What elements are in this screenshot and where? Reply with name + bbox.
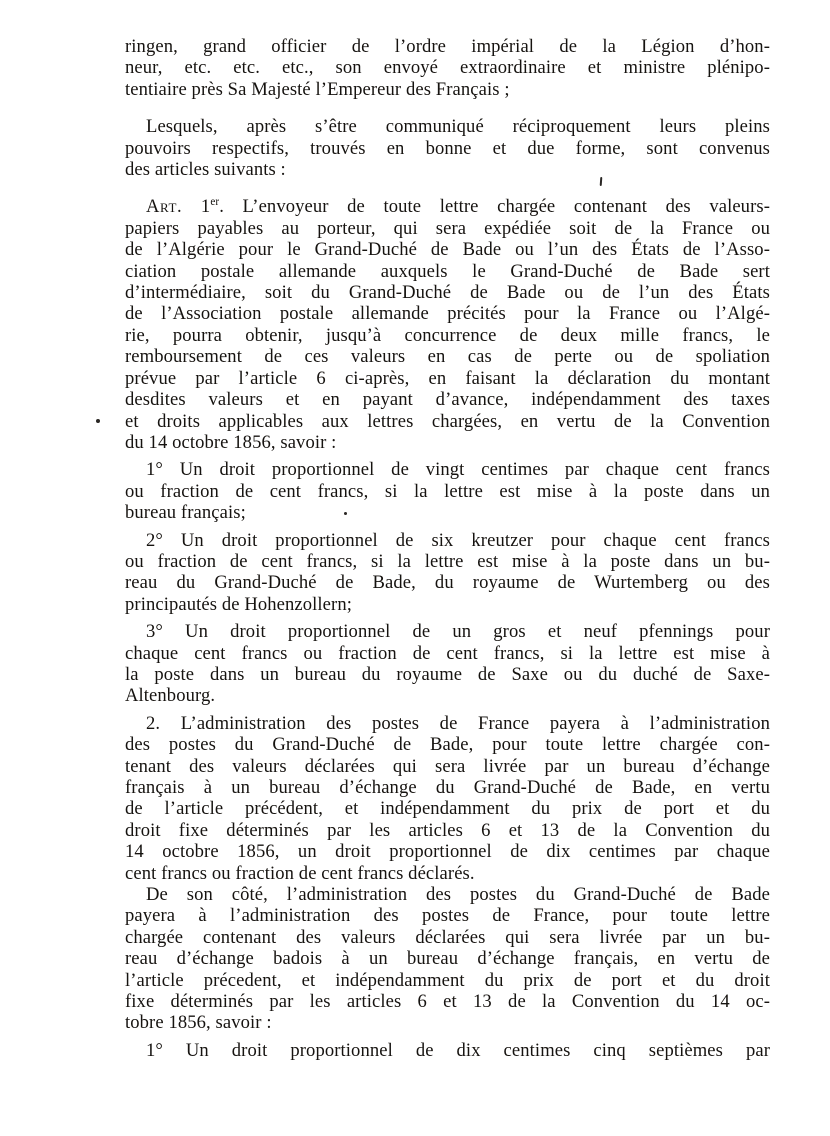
- text-line: remboursement de ces valeurs en cas de p…: [125, 346, 770, 367]
- text-line: d’intermédiaire, soit du Grand-Duché de …: [125, 282, 770, 303]
- text-line: et droits applicables aux lettres chargé…: [125, 411, 770, 432]
- text-line: chaque cent francs ou fraction de cent f…: [125, 643, 770, 664]
- paragraph-article-1-clause-2: 2° Un droit proportionnel de six kreutze…: [125, 530, 770, 616]
- text-line: 1° Un droit proportionnel de vingt centi…: [125, 459, 770, 480]
- scan-artifact-dot-middle: [344, 512, 347, 515]
- text-line: bureau français;: [125, 502, 770, 523]
- text-line: des postes du Grand-Duché de Bade, pour …: [125, 734, 770, 755]
- text-line: ou fraction de cent francs, si la lettre…: [125, 551, 770, 572]
- text-line: 3° Un droit proportionnel de un gros et …: [125, 621, 770, 642]
- text-line: des articles suivants :: [125, 159, 770, 180]
- text-line: ringen, grand officier de l’ordre impéri…: [125, 36, 770, 57]
- text-line: Lesquels, après s’être communiqué récipr…: [125, 116, 770, 137]
- text-line: l’article précedent, et indépendamment d…: [125, 970, 770, 991]
- text-line: tenant des valeurs déclarées qui sera li…: [125, 756, 770, 777]
- text-line: ou fraction de cent francs, si la lettre…: [125, 481, 770, 502]
- paragraph-article-1-clause-1: 1° Un droit proportionnel de vingt centi…: [125, 459, 770, 523]
- paragraph-article-1: Art. 1er. L’envoyeur de toute lettre cha…: [125, 196, 770, 453]
- text-line: De son côté, l’administration des postes…: [125, 884, 770, 905]
- scan-artifact-dot-left-margin: [96, 419, 100, 423]
- text-line: fixe déterminés par les articles 6 et 13…: [125, 991, 770, 1012]
- text-segment: . L’envoyeur de toute lettre chargée con…: [219, 196, 770, 217]
- text-line: desdites valeurs et en payant d’avance, …: [125, 389, 770, 410]
- paragraph-preamble: Lesquels, après s’être communiqué récipr…: [125, 116, 770, 180]
- text-line: 2. L’administration des postes de France…: [125, 713, 770, 734]
- text-segment: er: [210, 196, 219, 208]
- text-line: reau du Grand-Duché de Bade, du royaume …: [125, 572, 770, 593]
- text-line: Art. 1er. L’envoyeur de toute lettre cha…: [125, 196, 770, 217]
- text-line: neur, etc. etc. etc., son envoyé extraor…: [125, 57, 770, 78]
- text-line: pouvoirs respectifs, trouvés en bonne et…: [125, 138, 770, 159]
- paragraph-article-2-reciprocal: De son côté, l’administration des postes…: [125, 884, 770, 1034]
- paragraph-article-2: 2. L’administration des postes de France…: [125, 713, 770, 884]
- text-line: reau d’échange badois à un bureau d’écha…: [125, 948, 770, 969]
- paragraph-article-1-clause-3: 3° Un droit proportionnel de un gros et …: [125, 621, 770, 707]
- text-line: tobre 1856, savoir :: [125, 1012, 770, 1033]
- text-line: rie, pourra obtenir, jusqu’à concurrence…: [125, 325, 770, 346]
- text-line: de l’Association postale allemande préci…: [125, 303, 770, 324]
- text-line: de l’Algérie pour le Grand-Duché de Bade…: [125, 239, 770, 260]
- text-segment: 1: [182, 196, 210, 217]
- text-line: français à un bureau d’échange du Grand-…: [125, 777, 770, 798]
- text-line: 14 octobre 1856, un droit proportionnel …: [125, 841, 770, 862]
- text-block: ringen, grand officier de l’ordre impéri…: [125, 36, 770, 1061]
- article-label: Art.: [146, 196, 182, 217]
- text-line: payera à l’administration des postes de …: [125, 905, 770, 926]
- text-line: 2° Un droit proportionnel de six kreutze…: [125, 530, 770, 551]
- text-line: Altenbourg.: [125, 685, 770, 706]
- document-page: ringen, grand officier de l’ordre impéri…: [0, 0, 830, 1136]
- text-line: cent francs ou fraction de cent francs d…: [125, 863, 770, 884]
- text-line: tentiaire près Sa Majesté l’Empereur des…: [125, 79, 770, 100]
- text-line: droit fixe déterminés par les articles 6…: [125, 820, 770, 841]
- text-line: principautés de Hohenzollern;: [125, 594, 770, 615]
- paragraph-continuation-intro: ringen, grand officier de l’ordre impéri…: [125, 36, 770, 100]
- text-line: du 14 octobre 1856, savoir :: [125, 432, 770, 453]
- text-line: prévue par l’article 6 ci-après, en fais…: [125, 368, 770, 389]
- text-line: 1° Un droit proportionnel de dix centime…: [125, 1040, 770, 1061]
- text-line: ciation postale allemande auxquels le Gr…: [125, 261, 770, 282]
- text-line: chargée contenant des valeurs déclarées …: [125, 927, 770, 948]
- text-line: de l’article précédent, et indépendammen…: [125, 798, 770, 819]
- text-line: papiers payables au porteur, qui sera ex…: [125, 218, 770, 239]
- text-line: la poste dans un bureau du royaume de Sa…: [125, 664, 770, 685]
- paragraph-article-2-clause-1: 1° Un droit proportionnel de dix centime…: [125, 1040, 770, 1061]
